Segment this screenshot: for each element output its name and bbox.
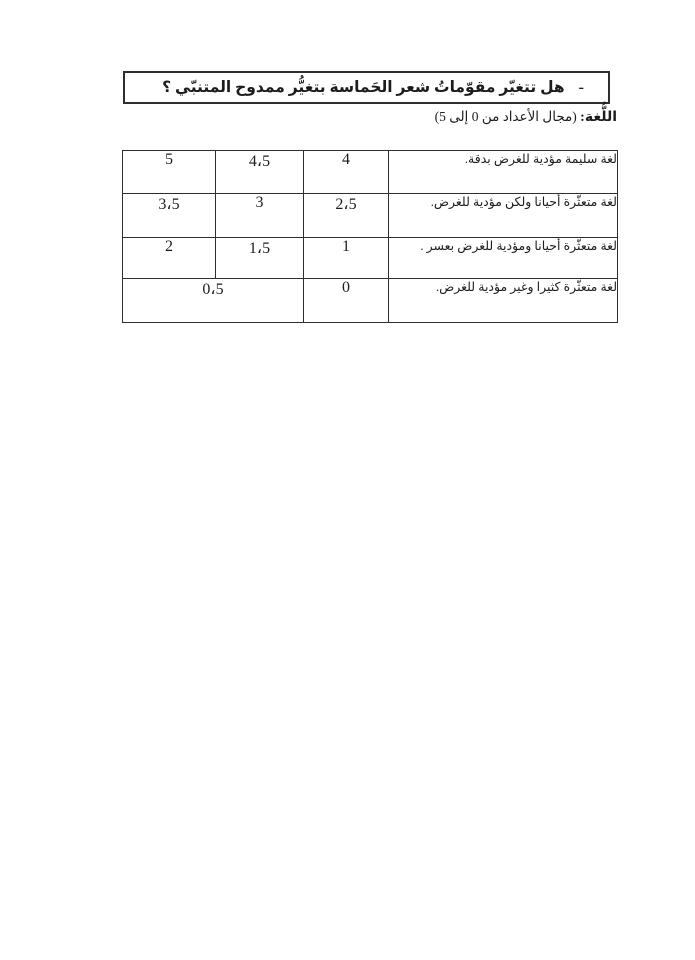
rubric-table: لغة سليمة مؤدية للغرض بدقة. 4 4،5 5 لغة … (122, 150, 618, 323)
criteria-cell: لغة متعثّرة أحيانا ولكن مؤدية للغرض. (389, 194, 618, 238)
score-cell: 3 (216, 194, 304, 238)
table-row: لغة متعثّرة كثيرا وغير مؤدية للغرض. 0 0،… (123, 279, 618, 323)
criterion-label: اللُّغة: (580, 110, 617, 125)
score-cell: 4 (304, 151, 389, 194)
criteria-cell: لغة متعثّرة كثيرا وغير مؤدية للغرض. (389, 279, 618, 323)
question-box: - هل تتغيّر مقوّماتُ شعر الحَماسة بتغيُّ… (123, 71, 610, 104)
table-row: لغة متعثّرة أحيانا ومؤدية للغرض بعسر . 1… (123, 238, 618, 279)
score-cell: 2 (123, 238, 216, 279)
question-text: هل تتغيّر مقوّماتُ شعر الحَماسة بتغيُّر … (162, 78, 565, 97)
score-cell: 5 (123, 151, 216, 194)
score-cell: 3،5 (123, 194, 216, 238)
score-cell-merged: 0،5 (123, 279, 304, 323)
score-cell: 1 (304, 238, 389, 279)
criterion-line: اللُّغة: (مجال الأعداد من 0 إلى 5) (435, 109, 617, 126)
table-row: لغة متعثّرة أحيانا ولكن مؤدية للغرض. 2،5… (123, 194, 618, 238)
score-cell: 4،5 (216, 151, 304, 194)
criteria-cell: لغة متعثّرة أحيانا ومؤدية للغرض بعسر . (389, 238, 618, 279)
score-cell: 0 (304, 279, 389, 323)
document-page: - هل تتغيّر مقوّماتُ شعر الحَماسة بتغيُّ… (0, 0, 695, 960)
score-cell: 1،5 (216, 238, 304, 279)
criteria-cell: لغة سليمة مؤدية للغرض بدقة. (389, 151, 618, 194)
list-dash: - (579, 79, 584, 97)
criterion-scale: (مجال الأعداد من 0 إلى 5) (435, 109, 577, 124)
table-row: لغة سليمة مؤدية للغرض بدقة. 4 4،5 5 (123, 151, 618, 194)
score-cell: 2،5 (304, 194, 389, 238)
